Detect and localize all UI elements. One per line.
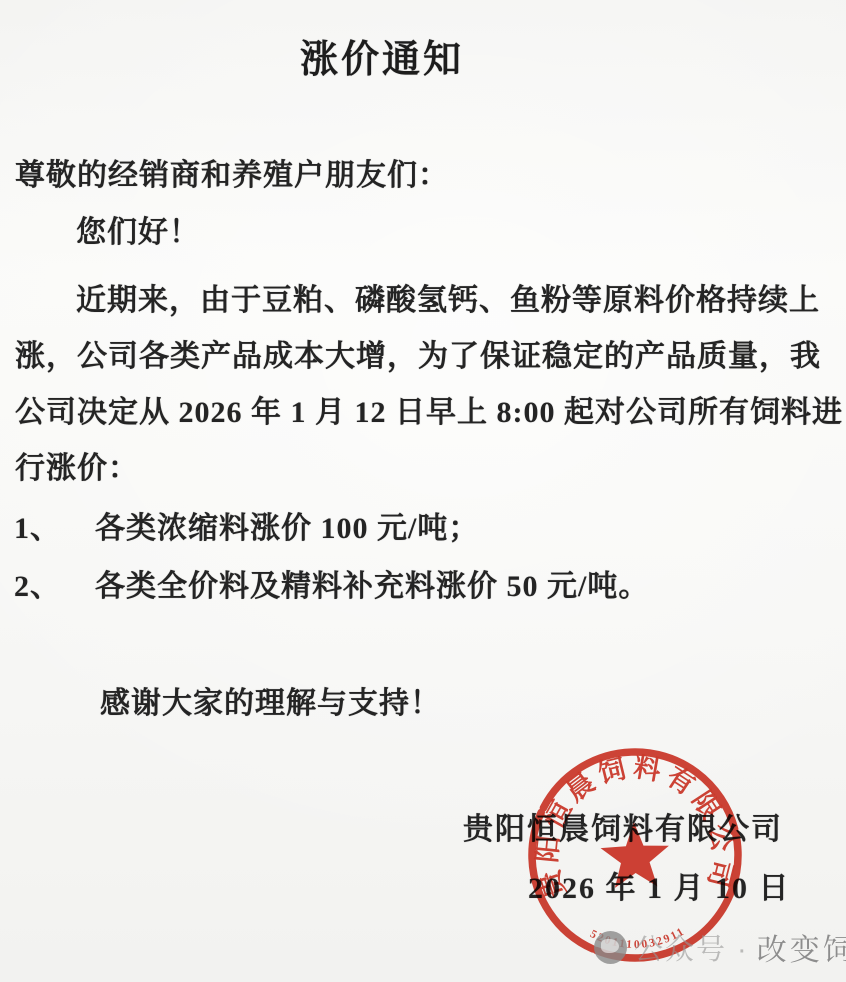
document-title: 涨价通知	[300, 28, 464, 83]
watermark: 公众号 · 改变饲界	[594, 925, 846, 969]
item-number: 2、	[14, 561, 61, 605]
watermark-logo-icon	[594, 931, 627, 964]
body-line: 涨，公司各类产品成本大增，为了保证稳定的产品质量，我	[15, 331, 821, 375]
notice-document-page: 涨价通知 尊敬的经销商和养殖户朋友们： 您们好！ 近期来，由于豆粕、磷酸氢钙、鱼…	[0, 0, 846, 982]
watermark-account-name: 改变饲界	[757, 925, 846, 969]
greeting-line: 您们好！	[76, 207, 200, 251]
item-text: 各类全价料及精料补充料涨价 50 元/吨。	[95, 561, 649, 605]
watermark-prefix: 公众号 ·	[634, 927, 749, 968]
salutation-line: 尊敬的经销商和养殖户朋友们：	[15, 150, 449, 194]
body-line: 公司决定从 2026 年 1 月 12 日早上 8:00 起对公司所有饲料进	[15, 387, 843, 431]
body-line: 近期来，由于豆粕、磷酸氢钙、鱼粉等原料价格持续上	[76, 275, 820, 319]
item-text: 各类浓缩料涨价 100 元/吨；	[95, 503, 479, 547]
body-line: 行涨价：	[15, 443, 139, 487]
seal-star-icon	[600, 821, 671, 888]
item-number: 1、	[14, 503, 61, 547]
thanks-line: 感谢大家的理解与支持！	[100, 678, 441, 722]
